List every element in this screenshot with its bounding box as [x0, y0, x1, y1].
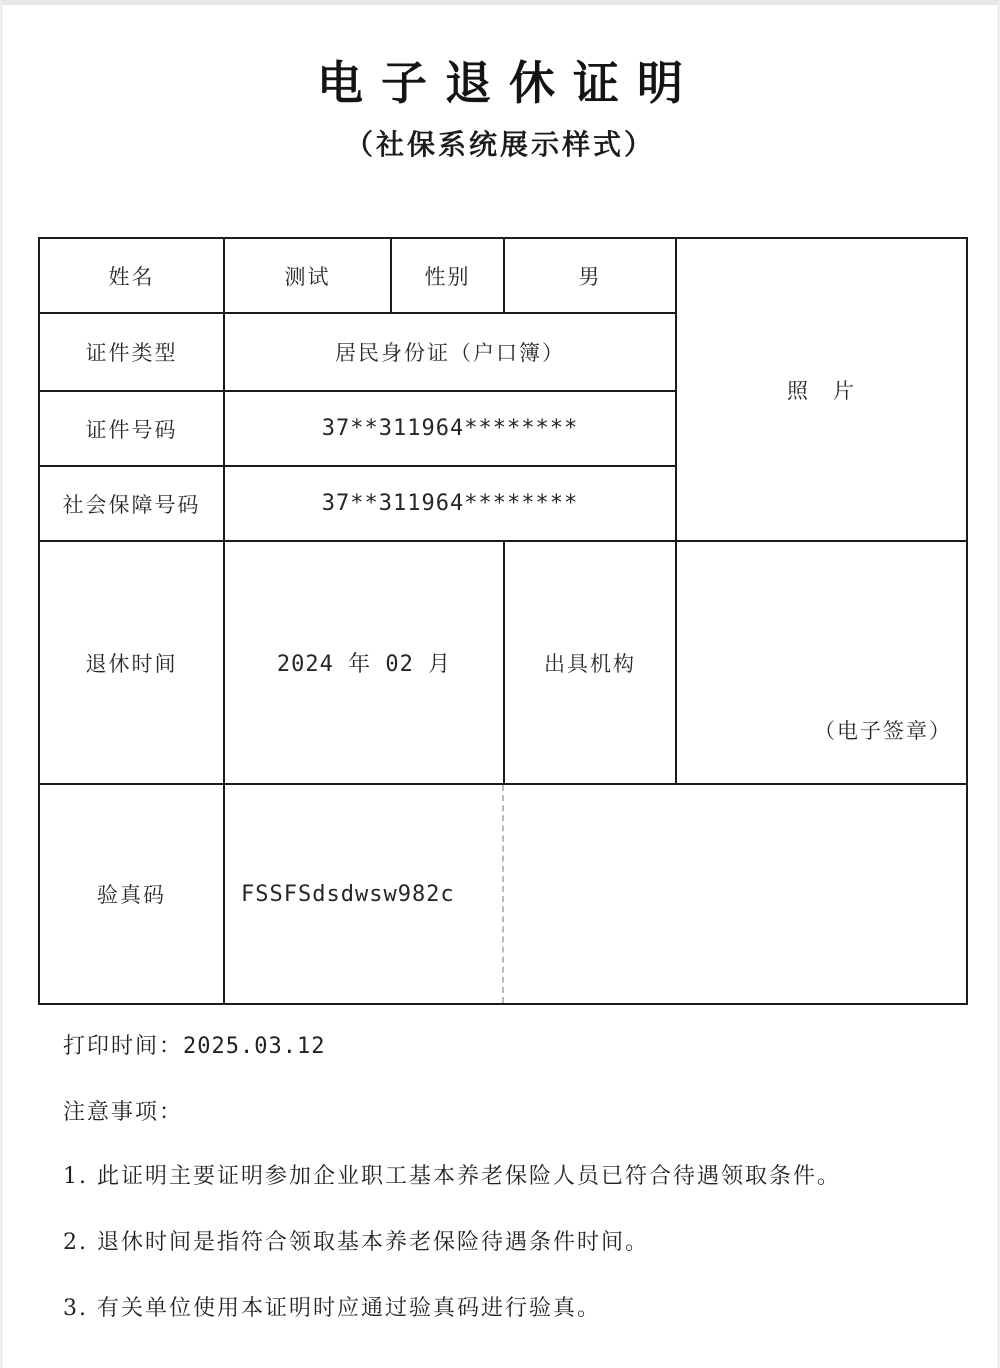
gender-label-cell: 性别	[392, 239, 505, 314]
note-item-1: 1. 此证明主要证明参加企业职工基本养老保险人员已符合待遇领取条件。	[63, 1159, 841, 1190]
retire-time-label-cell: 退休时间	[40, 542, 225, 785]
name-label-cell: 姓名	[40, 239, 225, 314]
id-type-label-cell: 证件类型	[40, 314, 225, 392]
retire-time-value-cell: 2024 年 02 月	[225, 542, 505, 785]
ssn-label-cell: 社会保障号码	[40, 467, 225, 542]
certificate-table: 姓名 测试 性别 男 照 片 证件类型 居民身份证（户口簿） 证件号码 37**…	[38, 237, 968, 1005]
e-signature-placeholder-cell: （电子签章）	[677, 542, 966, 785]
name-value-cell: 测试	[225, 239, 392, 314]
id-type-value-cell: 居民身份证（户口簿）	[225, 314, 677, 392]
print-time-line: 打印时间：2025.03.12	[63, 1029, 325, 1060]
certificate-page: 电子退休证明 （社保系统展示样式） 姓名 测试 性别 男 照 片 证件类型 居民…	[0, 0, 1000, 1368]
print-time-value: 2025.03.12	[183, 1034, 325, 1059]
photo-placeholder-cell: 照 片	[677, 239, 966, 542]
page-subtitle: （社保系统展示样式）	[3, 123, 997, 163]
fold-dashed-line	[502, 785, 504, 1003]
verify-code-value-cell: FSSFSdsdwsw982c	[225, 785, 966, 1003]
agency-label-cell: 出具机构	[505, 542, 677, 785]
gender-value-cell: 男	[505, 239, 677, 314]
id-number-value-cell: 37**311964********	[225, 392, 677, 467]
verify-code-text: FSSFSdsdwsw982c	[241, 882, 455, 907]
note-item-2: 2. 退休时间是指符合领取基本养老保险待遇条件时间。	[63, 1225, 649, 1256]
verify-code-label-cell: 验真码	[40, 785, 225, 1003]
print-time-label: 打印时间：	[63, 1034, 183, 1059]
notes-title: 注意事项：	[63, 1095, 183, 1126]
id-number-label-cell: 证件号码	[40, 392, 225, 467]
page-title: 电子退休证明	[3, 47, 997, 113]
note-item-3: 3. 有关单位使用本证明时应通过验真码进行验真。	[63, 1291, 601, 1322]
ssn-value-cell: 37**311964********	[225, 467, 677, 542]
